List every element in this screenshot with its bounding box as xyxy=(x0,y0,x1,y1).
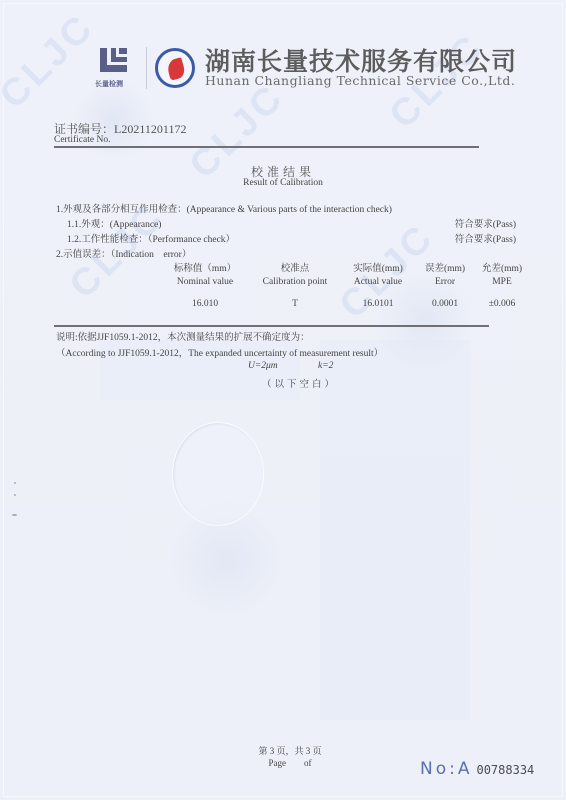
serial-number: No:A00788334 xyxy=(420,759,534,779)
table-header-cn: 允差(mm) xyxy=(467,260,537,274)
embossed-seal xyxy=(172,422,264,526)
company-name-en: Hunan Changliang Technical Service Co.,L… xyxy=(205,73,515,88)
accreditation-seal-icon xyxy=(155,48,195,88)
actual-value: 16.0101 xyxy=(338,299,418,309)
divider xyxy=(146,47,147,89)
table-header-en: Nominal value xyxy=(165,277,245,287)
uncertainty-value: U=2μm xyxy=(248,361,278,371)
brand-short: 长量检测 xyxy=(95,79,135,89)
uncertainty-basis-cn: 说明:依据JJF1059.1-2012，本次测量结果的扩展不确定度为： xyxy=(56,329,310,343)
check-item-2: 2.示值误差：（Indication error） xyxy=(56,246,191,260)
certificate-label-en: Certificate No. xyxy=(54,135,110,145)
serial-prefix: No:A xyxy=(420,759,472,779)
table-header-en: MPE xyxy=(467,277,537,287)
certificate-label: 证书编号： xyxy=(54,122,114,136)
coverage-factor: k=2 xyxy=(318,361,333,371)
divider-line xyxy=(54,325,489,327)
uncertainty-basis-en: （According to JJF1059.1-2012，The expande… xyxy=(56,345,383,359)
check-item-1-2: 1.2.工作性能检查：（Performance check） xyxy=(67,231,235,245)
check-result-1-2: 符合要求(Pass) xyxy=(455,231,516,245)
check-result-1-1: 符合要求(Pass) xyxy=(455,216,516,230)
section-title-en: Result of Calibration xyxy=(0,178,566,188)
calibration-point: T xyxy=(250,299,340,309)
letterhead: 长量检测 湖南长量技术服务有限公司 Hunan Changliang Techn… xyxy=(95,42,515,94)
certificate-value: L20211201172 xyxy=(114,122,186,136)
page-indicator-en: Page of xyxy=(240,756,340,769)
mpe-value: ±0.006 xyxy=(467,299,537,309)
cl-logo-icon: 长量检测 xyxy=(95,42,131,94)
table-header-en: Actual value xyxy=(338,277,418,287)
divider-line xyxy=(54,146,479,148)
check-item-1: 1.外观及各部分相互作用检查：(Appearance & Various par… xyxy=(56,201,392,215)
table-header-cn: 校准点 xyxy=(250,260,340,274)
table-header-cn: 标称值（mm） xyxy=(165,260,245,274)
check-item-1-1: 1.1.外观：(Appearance) xyxy=(67,216,161,230)
background-pattern xyxy=(320,340,470,720)
serial-value: 00788334 xyxy=(476,763,534,777)
margin-marks xyxy=(12,480,20,530)
table-header-en: Calibration point xyxy=(250,277,340,287)
blank-below-note: （以下空白） xyxy=(262,376,337,390)
nominal-value: 16.010 xyxy=(165,299,245,309)
table-header-cn: 实际值(mm) xyxy=(338,260,418,274)
